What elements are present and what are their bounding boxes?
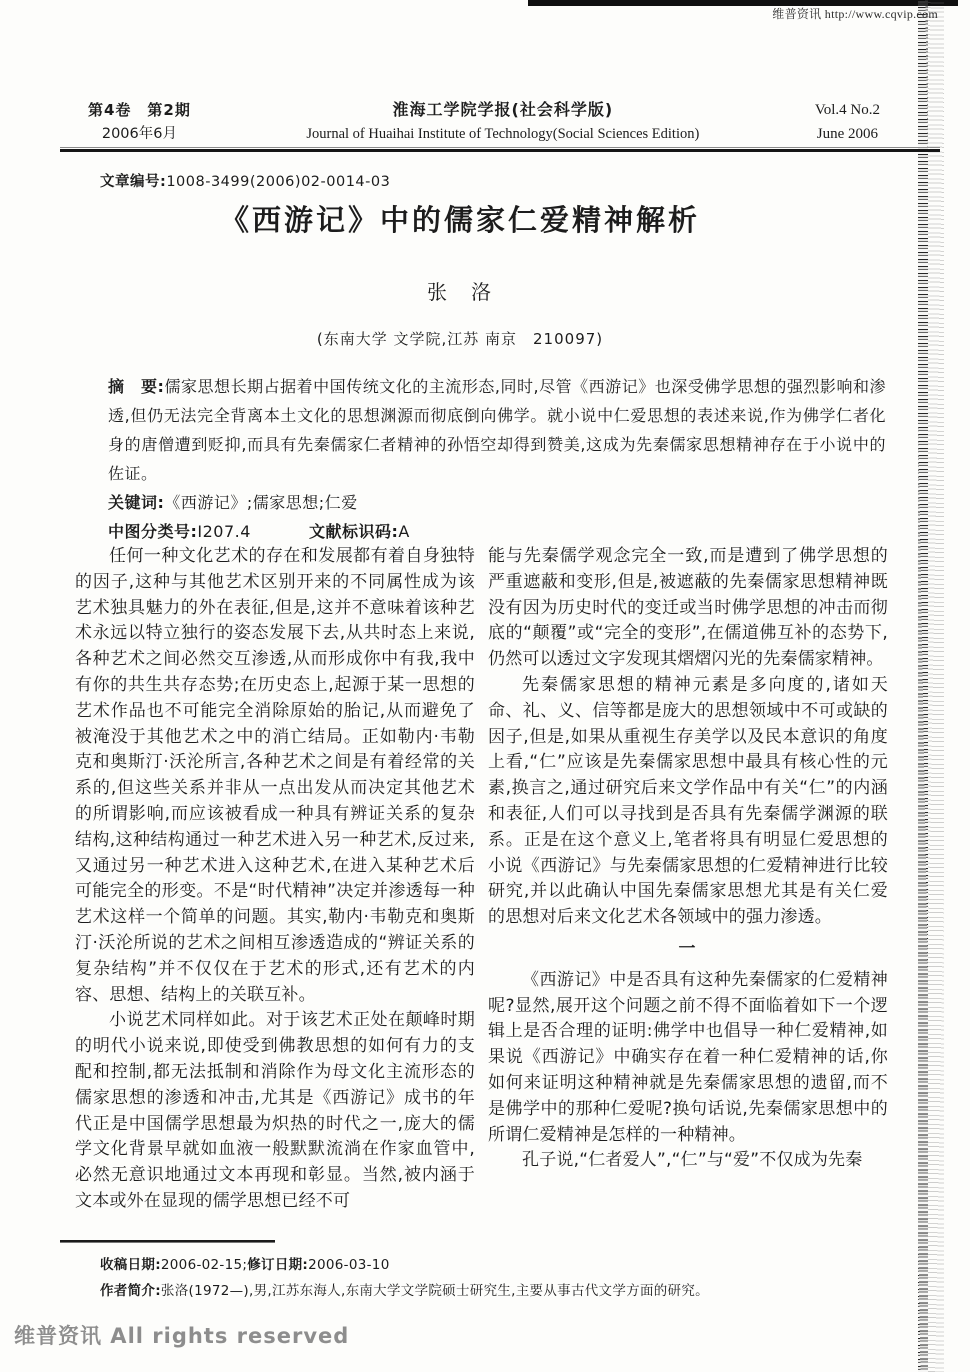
section-divider: 一	[488, 931, 888, 968]
received-date-label: 收稿日期:	[100, 1257, 161, 1273]
doc-code-value: A	[398, 522, 409, 541]
abstract-block: 摘 要:儒家思想长期占据着中国传统文化的主流形态,同时,尽管《西游记》也深受佛学…	[108, 372, 886, 546]
abstract-text: 儒家思想长期占据着中国传统文化的主流形态,同时,尽管《西游记》也深受佛学思想的强…	[108, 377, 886, 483]
body-paragraph: 孔子说,“仁者爱人”,“仁”与“爱”不仅成为先秦	[488, 1148, 888, 1174]
header-volume-issue-en: Vol.4 No.2 June 2006	[815, 98, 880, 146]
header-volume-issue-cn: 第4卷 第2期 2006年6月	[88, 98, 191, 146]
journal-header: 第4卷 第2期 2006年6月 淮海工学院学报(社会科学版) Journal o…	[88, 98, 880, 146]
author-affiliation: (东南大学 文学院,江苏 南京 210097)	[0, 328, 920, 349]
author-bio-line: 作者简介:张洛(1972—),男,江苏东海人,东南大学文学院硕士研究生,主要从事…	[100, 1278, 900, 1304]
header-divider-rule	[60, 147, 940, 153]
volume-issue-en: Vol.4 No.2	[815, 98, 880, 122]
body-paragraph: 《西游记》中是否具有这种先秦儒家的仁爱精神呢?显然,展开这个问题之前不得不面临着…	[488, 968, 888, 1149]
footnote-rule	[60, 1240, 275, 1243]
author-bio-label: 作者简介:	[100, 1283, 161, 1299]
article-number-line: 文章编号:1008-3499(2006)02-0014-03	[100, 170, 390, 191]
author-bio-value: 张洛(1972—),男,江苏东海人,东南大学文学院硕士研究生,主要从事古代文学方…	[161, 1283, 709, 1299]
article-number-value: 1008-3499(2006)02-0014-03	[166, 174, 390, 190]
keywords-text: 《西游记》;儒家思想;仁爱	[164, 493, 357, 512]
keywords-label: 关键词:	[108, 493, 164, 512]
revised-date-value: 2006-03-10	[308, 1257, 389, 1273]
cqvip-watermark-bottom: 维普资讯 All rights reserved	[14, 1320, 349, 1350]
journal-name-block: 淮海工学院学报(社会科学版) Journal of Huaihai Instit…	[306, 98, 699, 146]
date-en: June 2006	[815, 122, 880, 146]
article-number-label: 文章编号:	[100, 174, 166, 190]
received-revised-line: 收稿日期:2006-02-15;修订日期:2006-03-10	[100, 1252, 900, 1278]
body-right-column: 能与先秦儒学观念完全一致,而是遭到了佛学思想的严重遮蔽和变形,但是,被遮蔽的先秦…	[488, 544, 888, 1215]
classification-line: 中图分类号:I207.4文献标识码:A	[108, 517, 886, 546]
body-paragraph: 能与先秦儒学观念完全一致,而是遭到了佛学思想的严重遮蔽和变形,但是,被遮蔽的先秦…	[488, 544, 888, 673]
keywords-line: 关键词:《西游记》;儒家思想;仁爱	[108, 488, 886, 517]
journal-name-en: Journal of Huaihai Institute of Technolo…	[306, 122, 699, 146]
body-paragraph: 先秦儒家思想的精神元素是多向度的,诸如天命、礼、义、信等都是庞大的思想领域中不可…	[488, 673, 888, 931]
clc-value: I207.4	[197, 522, 251, 541]
cqvip-watermark-top: 维普资讯 http://www.cqvip.com	[772, 5, 938, 22]
scanned-journal-page: 维普资讯 http://www.cqvip.com 第4卷 第2期 2006年6…	[0, 0, 970, 1372]
date-cn: 2006年6月	[88, 122, 191, 146]
clc-label: 中图分类号:	[108, 522, 197, 541]
body-paragraph: 任何一种文化艺术的存在和发展都有着自身独特的因子,这种与其他艺术区别开来的不同属…	[75, 544, 475, 1008]
article-body: 任何一种文化艺术的存在和发展都有着自身独特的因子,这种与其他艺术区别开来的不同属…	[75, 544, 888, 1215]
article-title: 《西游记》中的儒家仁爱精神解析	[0, 198, 920, 239]
doc-code-label: 文献标识码:	[309, 522, 398, 541]
body-paragraph: 小说艺术同样如此。对于该艺术正处在颠峰时期的明代小说来说,即使受到佛教思想的如何…	[75, 1008, 475, 1214]
body-left-column: 任何一种文化艺术的存在和发展都有着自身独特的因子,这种与其他艺术区别开来的不同属…	[75, 544, 475, 1215]
received-date-value: 2006-02-15;	[161, 1257, 247, 1273]
journal-name-cn: 淮海工学院学报(社会科学版)	[306, 98, 699, 122]
revised-date-label: 修订日期:	[247, 1257, 308, 1273]
footnote-block: 收稿日期:2006-02-15;修订日期:2006-03-10 作者简介:张洛(…	[100, 1252, 900, 1304]
scan-binding-edge-light	[928, 0, 944, 1372]
abstract-paragraph: 摘 要:儒家思想长期占据着中国传统文化的主流形态,同时,尽管《西游记》也深受佛学…	[108, 372, 886, 488]
abstract-label: 摘 要:	[108, 377, 164, 396]
author-name: 张 洛	[0, 276, 920, 305]
volume-issue-cn: 第4卷 第2期	[88, 98, 191, 122]
